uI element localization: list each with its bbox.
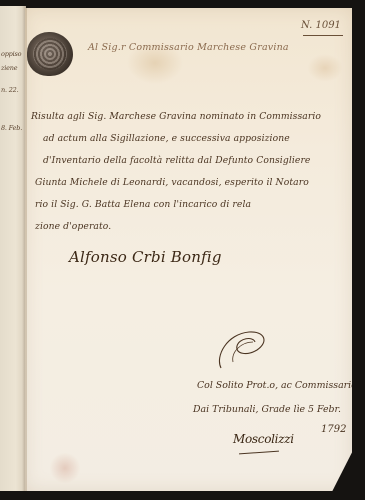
closing-line: Col Solito Prot.o, ac Commissario [197,380,357,391]
body-line: d'Inventario della facoltà relitta dal D… [43,155,310,166]
manuscript-page: N. 1091 Al Sig.r Commissario Marchese Gr… [25,8,352,491]
wax-seal-icon [27,32,73,76]
address-line: Al Sig.r Commissario Marchese Gravina [88,42,289,53]
left-leaf-fragment: n. 22. [1,86,18,94]
date-year: 1792 [321,424,346,435]
body-line: Risulta agli Sig. Marchese Gravina nomin… [31,111,321,122]
body-line: rio il Sig. G. Batta Elena con l'incaric… [35,199,251,210]
body-line: ad actum alla Sigillazione, e successiva… [43,133,290,144]
second-signature: Moscolizzi [233,432,294,446]
reference-number: N. 1091 [301,20,341,31]
reference-underline [303,35,343,36]
body-line: Giunta Michele di Leonardi, vacandosi, e… [35,177,309,188]
flourish-icon [213,328,273,370]
left-leaf-fragment: 8. Feb. [1,124,22,132]
left-leaf-fragment: oppiso [1,50,21,58]
body-line: zione d'operato. [35,221,111,232]
left-leaf-fragment: ziene [1,64,17,72]
page-fold-line [25,8,27,491]
closing-line: Dai Tribunali, Grade lìe 5 Febr. [193,404,341,415]
document-viewer: oppiso ziene n. 22. 8. Feb. N. 1091 Al S… [0,0,365,500]
first-signature: Alfonso Crbi Bonfig [69,248,222,266]
signature-underline [239,451,279,455]
